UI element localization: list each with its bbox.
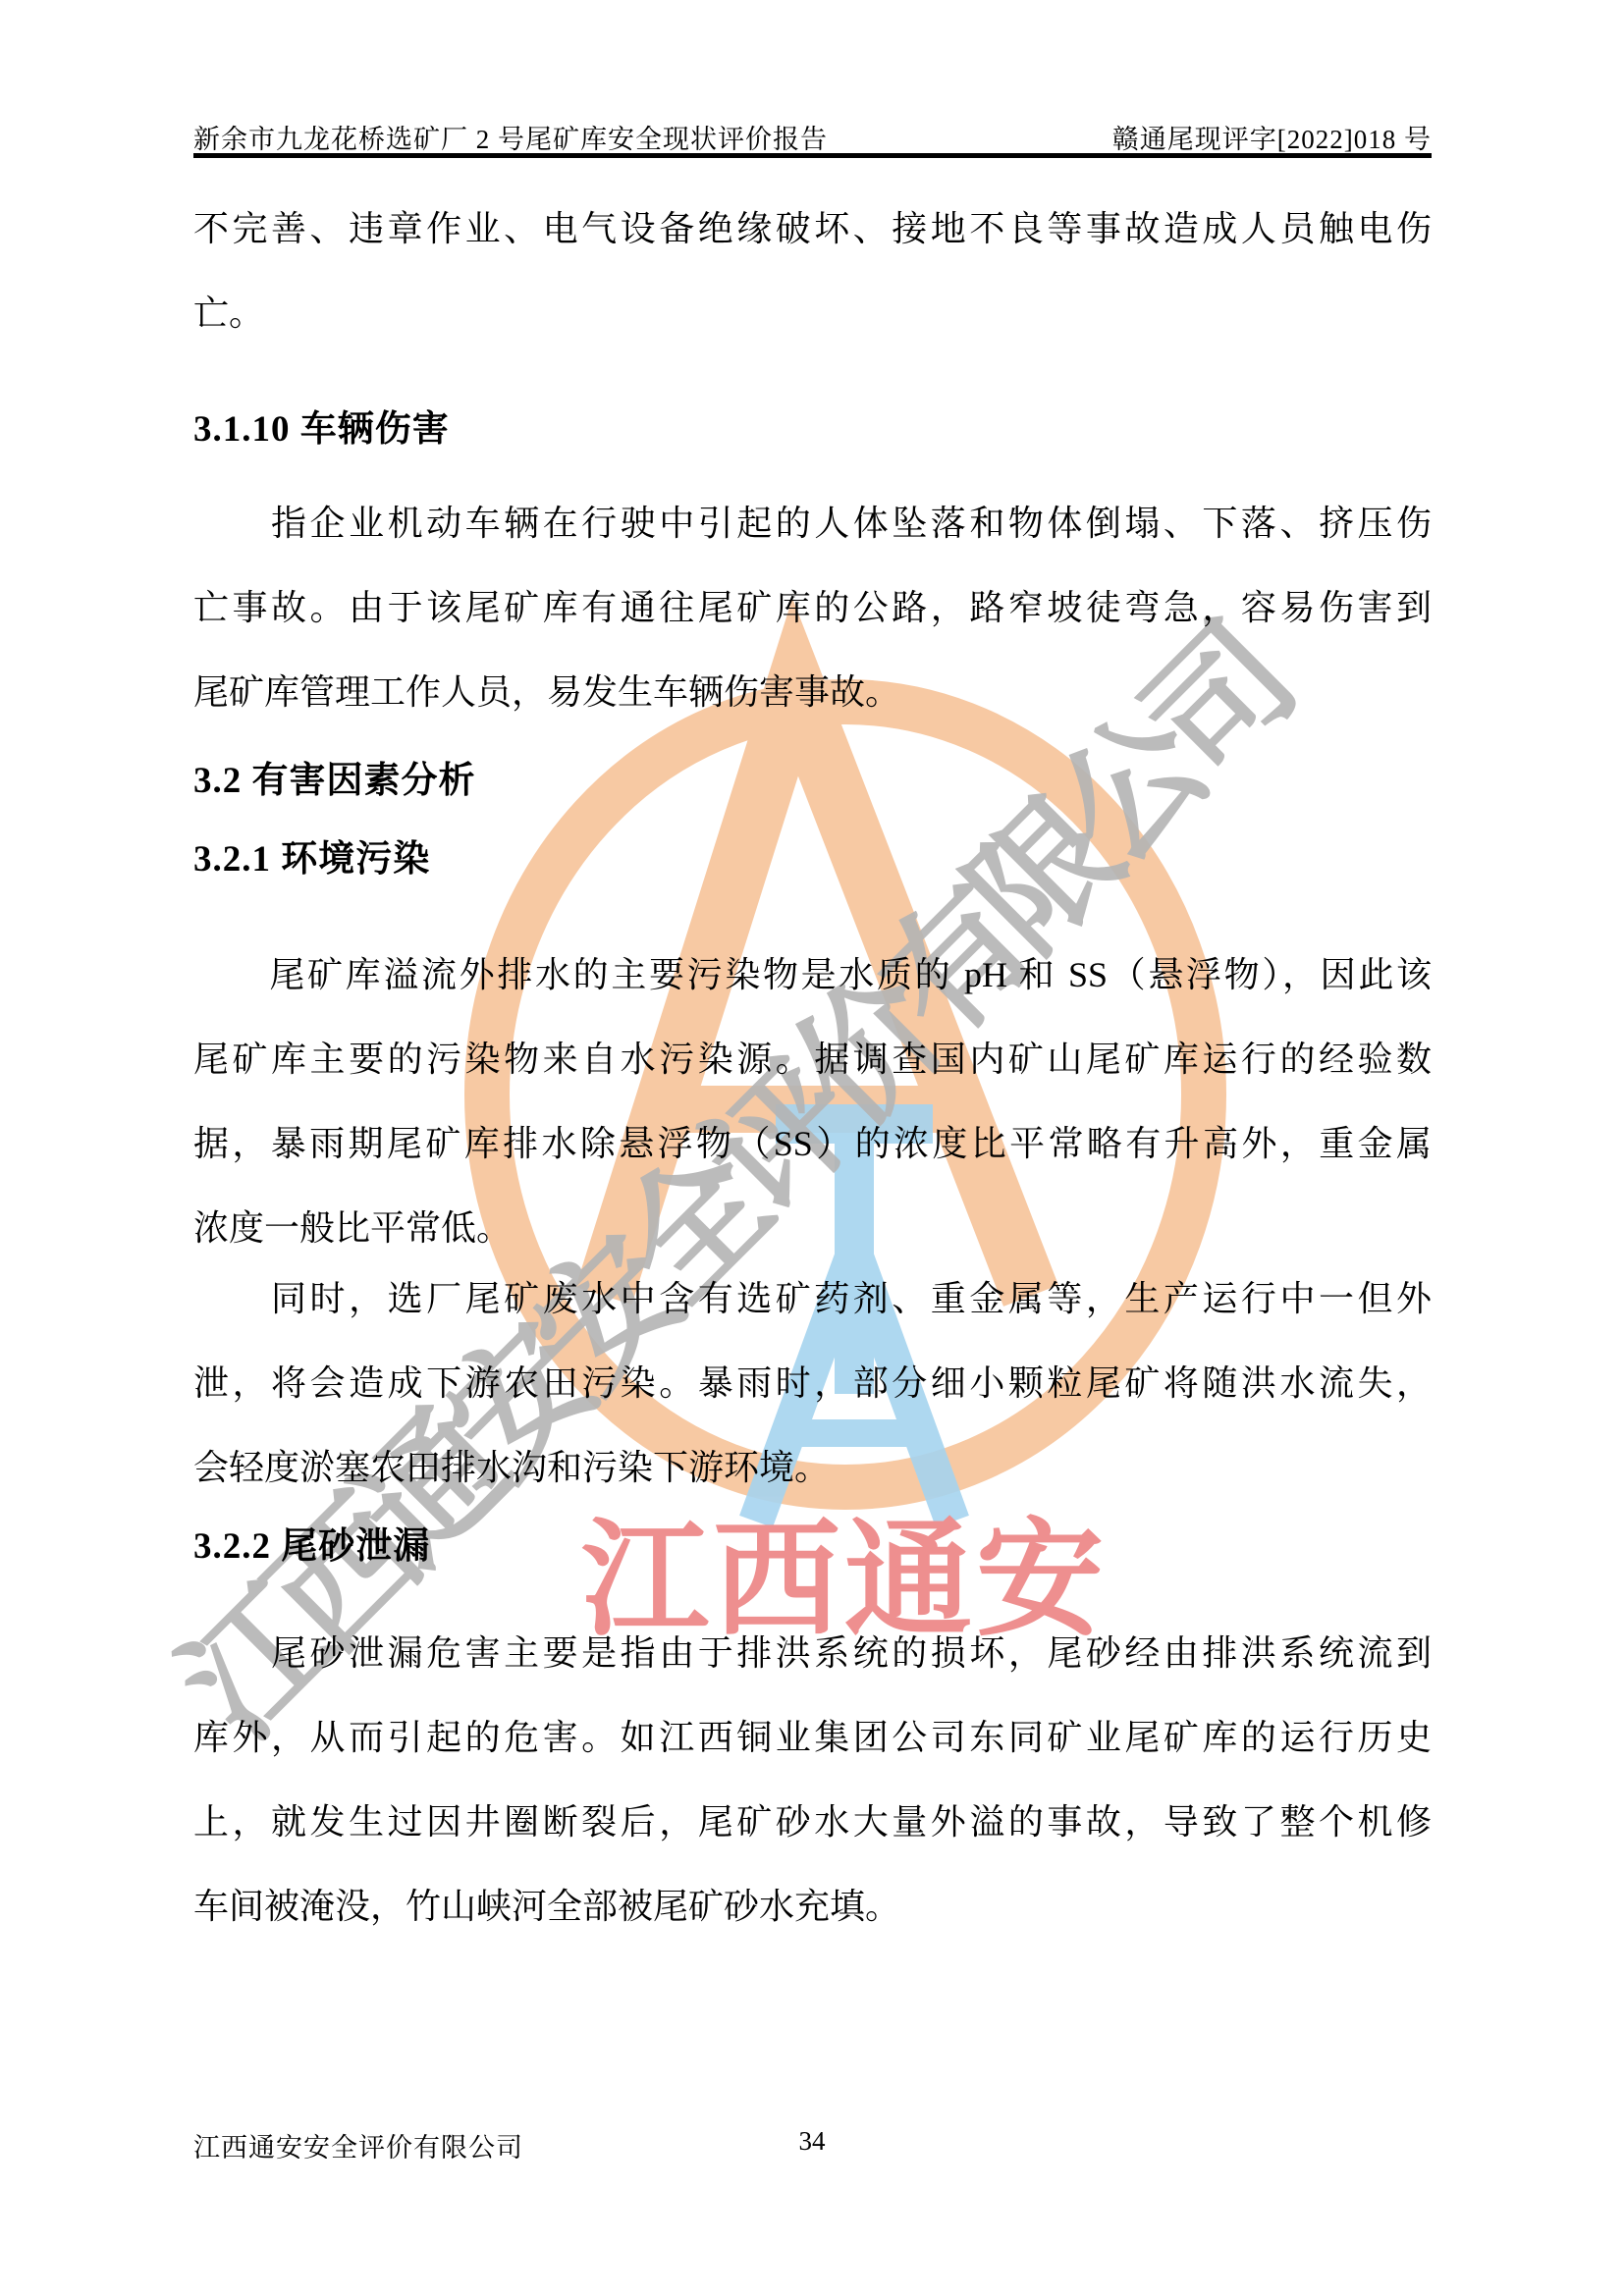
text-line: 尾矿库溢流外排水的主要污染物是水质的 pH 和 SS（悬浮物），因此该	[193, 933, 1432, 1017]
paragraph-env-pollution-2: 同时，选厂尾矿废水中含有选矿药剂、重金属等，生产运行中一但外 泄，将会造成下游农…	[193, 1256, 1432, 1510]
text-line: 据，暴雨期尾矿库排水除悬浮物（SS）的浓度比平常略有升高外，重金属	[193, 1101, 1432, 1186]
paragraph-env-pollution-1: 尾矿库溢流外排水的主要污染物是水质的 pH 和 SS（悬浮物），因此该 尾矿库主…	[193, 933, 1432, 1270]
text-line: 不完善、违章作业、电气设备绝缘破坏、接地不良等事故造成人员触电伤	[193, 187, 1432, 271]
heading-3-2: 3.2 有害因素分析	[193, 754, 1432, 809]
text-line: 尾砂泄漏危害主要是指由于排洪系统的损坏，尾砂经由排洪系统流到	[193, 1611, 1432, 1695]
header-report-title: 新余市九龙花桥选矿厂 2 号尾矿库安全现状评价报告	[193, 118, 828, 156]
paragraph-sand-leak: 尾砂泄漏危害主要是指由于排洪系统的损坏，尾砂经由排洪系统流到 库外，从而引起的危…	[193, 1611, 1432, 1949]
footer-page-number: 34	[0, 2126, 1624, 2157]
heading-3-2-2: 3.2.2 尾砂泄漏	[193, 1520, 1432, 1575]
text-line: 上，就发生过因井圈断裂后，尾矿砂水大量外溢的事故，导致了整个机修	[193, 1780, 1432, 1864]
text-line: 同时，选厂尾矿废水中含有选矿药剂、重金属等，生产运行中一但外	[193, 1256, 1432, 1341]
text-line: 泄，将会造成下游农田污染。暴雨时，部分细小颗粒尾矿将随洪水流失，	[193, 1341, 1432, 1425]
text-line: 会轻度淤塞农田排水沟和污染下游环境。	[193, 1425, 1432, 1510]
header-document-number: 赣通尾现评字[2022]018 号	[1112, 118, 1432, 156]
content-layer: 新余市九龙花桥选矿厂 2 号尾矿库安全现状评价报告 赣通尾现评字[2022]01…	[0, 0, 1624, 2296]
text-line: 亡。	[193, 271, 1432, 355]
text-line: 尾矿库管理工作人员，易发生车辆伤害事故。	[193, 650, 1432, 734]
text-line: 指企业机动车辆在行驶中引起的人体坠落和物体倒塌、下落、挤压伤	[193, 481, 1432, 565]
header-rule	[193, 153, 1432, 158]
heading-3-1-10: 3.1.10 车辆伤害	[193, 402, 1432, 457]
text-line: 尾矿库主要的污染物来自水污染源。据调查国内矿山尾矿库运行的经验数	[193, 1017, 1432, 1101]
paragraph-electric-shock: 不完善、违章作业、电气设备绝缘破坏、接地不良等事故造成人员触电伤 亡。	[193, 187, 1432, 355]
text-line: 库外，从而引起的危害。如江西铜业集团公司东同矿业尾矿库的运行历史	[193, 1695, 1432, 1780]
text-line: 车间被淹没，竹山峡河全部被尾矿砂水充填。	[193, 1864, 1432, 1949]
document-page: 江西通安安全评价有限公司 江西通安 新余市九龙花桥选矿厂 2 号尾矿库安全现状评…	[0, 0, 1624, 2296]
paragraph-vehicle-harm: 指企业机动车辆在行驶中引起的人体坠落和物体倒塌、下落、挤压伤 亡事故。由于该尾矿…	[193, 481, 1432, 734]
text-line: 亡事故。由于该尾矿库有通往尾矿库的公路，路窄坡徒弯急，容易伤害到	[193, 565, 1432, 650]
heading-3-2-1: 3.2.1 环境污染	[193, 832, 1432, 887]
